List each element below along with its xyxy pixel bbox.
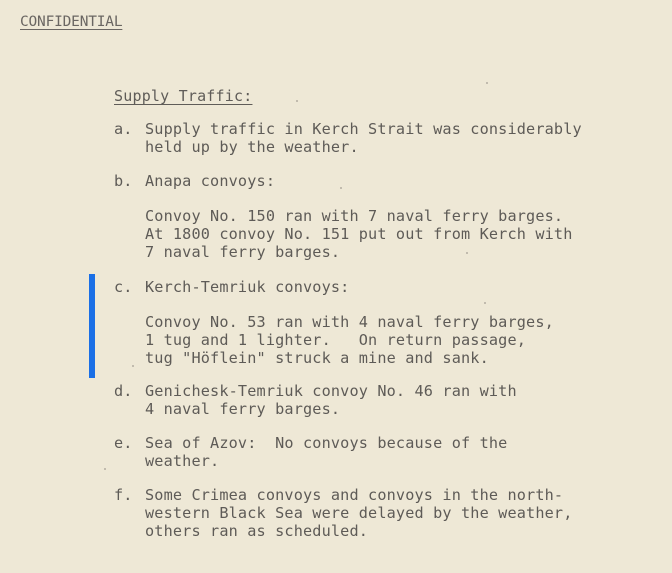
item-text: 4 naval ferry barges. (114, 400, 517, 418)
item-text: western Black Sea were delayed by the we… (114, 504, 573, 522)
speck (296, 100, 298, 102)
item-marker: a. (114, 120, 145, 138)
list-item-f: f.Some Crimea convoys and convoys in the… (114, 486, 573, 540)
classification-label: CONFIDENTIAL (20, 14, 122, 30)
list-item-a: a.Supply traffic in Kerch Strait was con… (114, 120, 582, 156)
item-detail: Convoy No. 150 ran with 7 naval ferry ba… (145, 207, 573, 261)
item-text: held up by the weather. (114, 138, 582, 156)
item-marker: d. (114, 382, 145, 400)
item-text: others ran as scheduled. (114, 522, 573, 540)
list-item-d: d.Genichesk-Temriuk convoy No. 46 ran wi… (114, 382, 517, 418)
item-marker: c. (114, 278, 145, 296)
speck (484, 302, 486, 304)
item-text: Sea of Azov: No convoys because of the (145, 434, 507, 452)
speck (466, 252, 468, 254)
speck (132, 365, 134, 367)
highlight-bar (89, 274, 95, 378)
speck (486, 82, 488, 84)
list-item-c: c.Kerch-Temriuk convoys: (114, 278, 349, 296)
item-marker: b. (114, 172, 145, 190)
document-page: CONFIDENTIAL Supply Traffic: a.Supply tr… (0, 0, 672, 573)
list-item-e: e.Sea of Azov: No convoys because of the… (114, 434, 507, 470)
item-text: Supply traffic in Kerch Strait was consi… (145, 120, 582, 138)
item-text: Genichesk-Temriuk convoy No. 46 ran with (145, 382, 517, 400)
item-detail: Convoy No. 53 ran with 4 naval ferry bar… (145, 313, 554, 367)
item-marker: e. (114, 434, 145, 452)
item-text: Kerch-Temriuk convoys: (145, 278, 349, 296)
section-heading: Supply Traffic: (114, 87, 252, 105)
item-text: Some Crimea convoys and convoys in the n… (145, 486, 563, 504)
speck (104, 468, 106, 470)
item-text: Anapa convoys: (145, 172, 275, 190)
list-item-b: b.Anapa convoys: (114, 172, 275, 190)
speck (340, 187, 342, 189)
item-text: weather. (114, 452, 507, 470)
item-marker: f. (114, 486, 145, 504)
